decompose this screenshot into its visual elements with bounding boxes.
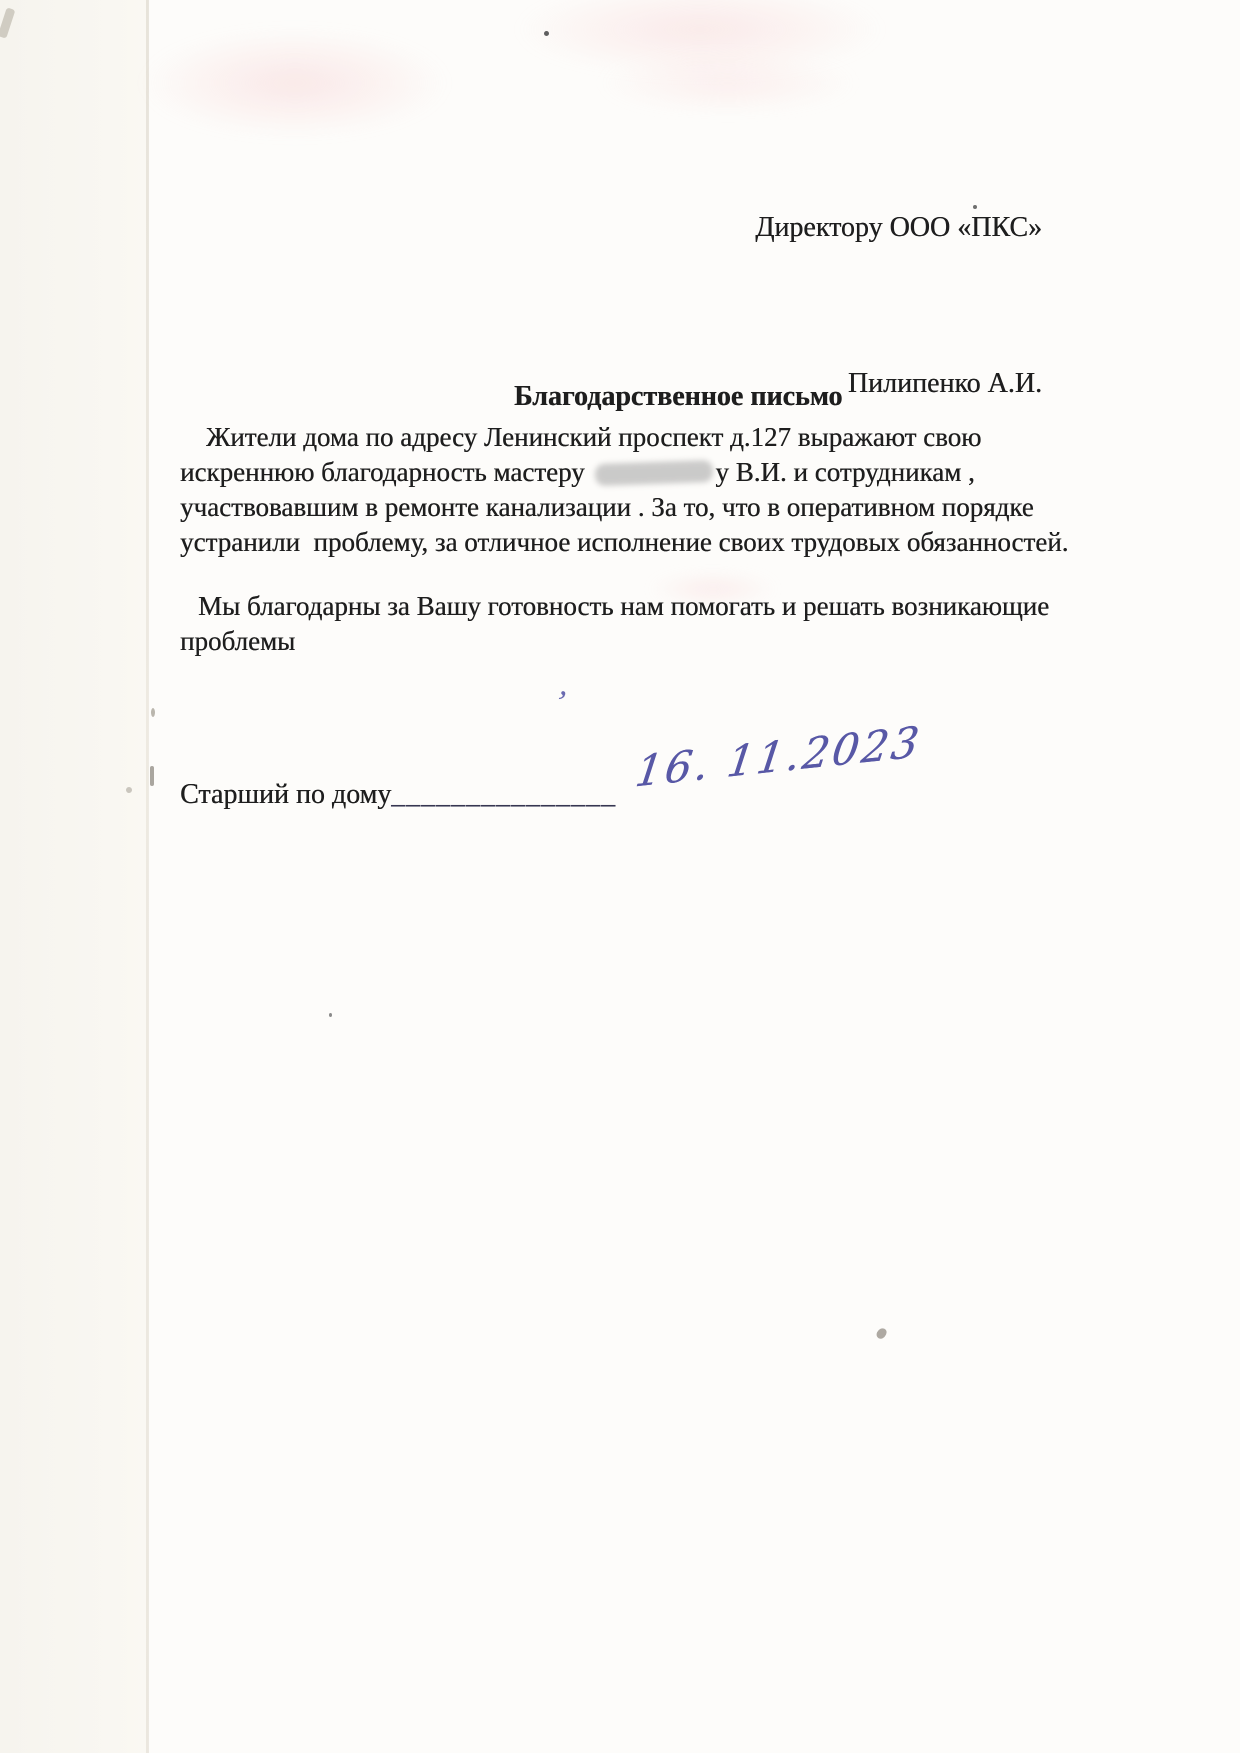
- body-line-4: устранили проблему, за отличное исполнен…: [180, 525, 1060, 560]
- body-line-2: искреннюю благодарность мастеру у В.И. и…: [180, 455, 1060, 490]
- signature-row: Старший по дому_______________16. 11.202…: [180, 764, 917, 813]
- body-line-3: участвовавшим в ремонте канализации . За…: [180, 490, 1060, 525]
- scanned-letter-page: Директору ООО «ПКС» Пилипенко А.И. Благо…: [0, 0, 1240, 1753]
- letter-title: Благодарственное письмо: [514, 381, 842, 413]
- scan-speck: [329, 1013, 332, 1017]
- scan-fold-line: [146, 0, 149, 1753]
- scan-pink-smudge: [140, 28, 450, 138]
- body-line-2-before: искреннюю благодарность мастеру: [180, 457, 591, 487]
- scan-speck: [544, 31, 549, 36]
- signature-blank-line: _______________: [391, 779, 616, 810]
- recipient-line-director: Директору ООО «ПКС»: [755, 202, 1042, 254]
- scan-speck: [126, 787, 132, 793]
- signature-label: Старший по дому: [180, 779, 391, 810]
- scan-left-margin-shade: [0, 0, 148, 1753]
- scan-speck: [151, 708, 155, 717]
- pen-tick-mark: ʼ: [549, 683, 568, 723]
- handwritten-date: 16. 11.2023: [633, 717, 925, 797]
- body-line-6: проблемы: [180, 624, 1060, 659]
- scan-pink-smudge: [515, 0, 885, 77]
- paragraph-thanks: Мы благодарны за Вашу готовность нам пом…: [180, 589, 1060, 659]
- body-line-2-after: у В.И. и сотрудникам ,: [715, 457, 974, 487]
- scan-speck: [150, 766, 154, 786]
- body-line-5: Мы благодарны за Вашу готовность нам пом…: [180, 589, 1060, 624]
- scan-speck: [875, 1327, 888, 1341]
- paragraph-gratitude: Жители дома по адресу Ленинский проспект…: [180, 420, 1060, 560]
- redacted-name-blur: [595, 460, 714, 486]
- body-line-1: Жители дома по адресу Ленинский проспект…: [180, 420, 1060, 455]
